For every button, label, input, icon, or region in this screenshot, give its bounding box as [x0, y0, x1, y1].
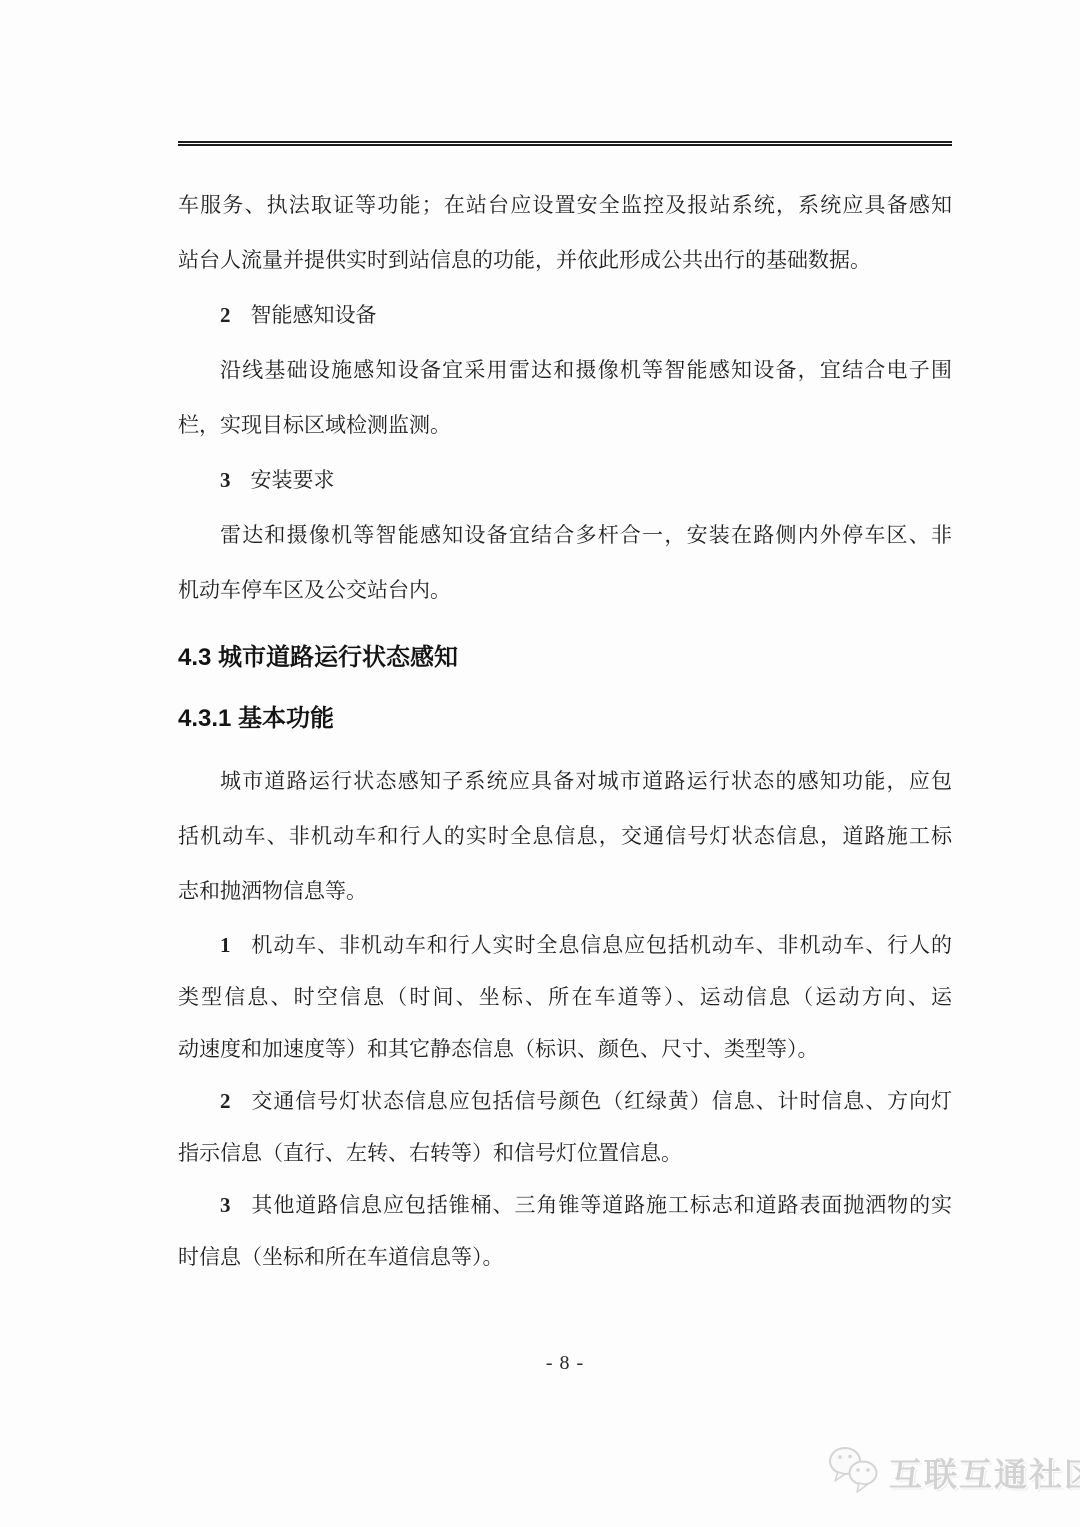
paragraph: 城市道路运行状态感知子系统应具备对城市道路运行状态的感知功能，应包括机动车、非机…: [178, 754, 952, 919]
text-line: 雷达和摄像机等智能感知设备宜结合多杆合一，安装在路侧内外停车区、非: [178, 508, 952, 563]
numbered-heading-text: 智能感知设备: [251, 303, 377, 327]
text-line: 栏，实现目标区域检测监测。: [178, 398, 952, 453]
text-line-content: 机动车、非机动车和行人实时全息信息应包括机动车、非机动车、行人的: [251, 933, 953, 957]
document-page: { "page": { "number_label": "- 8 -" }, "…: [0, 0, 1080, 1527]
paragraph: 车服务、执法取证等功能；在站台应设置安全监控及报站系统，系统应具备感知站台人流量…: [178, 178, 952, 288]
section-heading-text: 4.3.1 基本功能: [178, 691, 952, 746]
text-line: 动速度和加速度等）和其它静态信息（标识、颜色、尺寸、类型等）。: [178, 1023, 952, 1075]
paragraph: 雷达和摄像机等智能感知设备宜结合多杆合一，安装在路侧内外停车区、非机动车停车区及…: [178, 508, 952, 618]
watermark: 互联互通社区: [826, 1444, 1080, 1501]
text-line: 括机动车、非机动车和行人的实时全息信息，交通信号灯状态信息，道路施工标: [178, 809, 952, 864]
item-number: 2: [220, 1089, 231, 1113]
text-line: 1机动车、非机动车和行人实时全息信息应包括机动车、非机动车、行人的: [178, 919, 952, 971]
text-line-content: 其他道路信息应包括锥桶、三角锥等道路施工标志和道路表面抛洒物的实: [251, 1193, 953, 1217]
text-line: 机动车停车区及公交站台内。: [178, 563, 952, 618]
text-line: 车服务、执法取证等功能；在站台应设置安全监控及报站系统，系统应具备感知: [178, 178, 952, 233]
text-line: 指示信息（直行、左转、右转等）和信号灯位置信息。: [178, 1127, 952, 1179]
text-line-content: 交通信号灯状态信息应包括信号颜色（红绿黄）信息、计时信息、方向灯: [251, 1089, 953, 1113]
watermark-text: 互联互通社区: [889, 1449, 1080, 1496]
numbered-paragraph: 3其他道路信息应包括锥桶、三角锥等道路施工标志和道路表面抛洒物的实时信息（坐标和…: [178, 1179, 952, 1283]
section-heading: 4.3 城市道路运行状态感知: [178, 630, 952, 685]
text-line: 站台人流量并提供实时到站信息的功能，并依此形成公共出行的基础数据。: [178, 233, 952, 288]
text-line: 志和抛洒物信息等。: [178, 864, 952, 919]
numbered-paragraph: 2交通信号灯状态信息应包括信号颜色（红绿黄）信息、计时信息、方向灯指示信息（直行…: [178, 1075, 952, 1179]
item-number: 3: [220, 1193, 231, 1217]
item-number: 2: [220, 303, 231, 327]
paragraph: 沿线基础设施感知设备宜采用雷达和摄像机等智能感知设备，宜结合电子围栏，实现目标区…: [178, 343, 952, 453]
page-number: - 8 -: [178, 1348, 952, 1378]
numbered-heading-line: 3安装要求: [178, 453, 952, 508]
numbered-paragraph: 1机动车、非机动车和行人实时全息信息应包括机动车、非机动车、行人的类型信息、时空…: [178, 919, 952, 1075]
numbered-heading-text: 安装要求: [251, 468, 335, 492]
section-heading: 4.3.1 基本功能: [178, 691, 952, 746]
section-heading-text: 4.3 城市道路运行状态感知: [178, 630, 952, 685]
chat-bubbles-icon: [826, 1444, 884, 1501]
text-line: 2交通信号灯状态信息应包括信号颜色（红绿黄）信息、计时信息、方向灯: [178, 1075, 952, 1127]
header-rule: [178, 141, 952, 146]
text-line: 时信息（坐标和所在车道信息等）。: [178, 1231, 952, 1283]
item-number: 1: [220, 933, 231, 957]
document-body: 车服务、执法取证等功能；在站台应设置安全监控及报站系统，系统应具备感知站台人流量…: [178, 178, 952, 1283]
text-line: 3其他道路信息应包括锥桶、三角锥等道路施工标志和道路表面抛洒物的实: [178, 1179, 952, 1231]
text-line: 沿线基础设施感知设备宜采用雷达和摄像机等智能感知设备，宜结合电子围: [178, 343, 952, 398]
numbered-heading-line: 2智能感知设备: [178, 288, 952, 343]
numbered-heading: 3安装要求: [178, 453, 952, 508]
numbered-heading: 2智能感知设备: [178, 288, 952, 343]
text-line: 类型信息、时空信息（时间、坐标、所在车道等）、运动信息（运动方向、运: [178, 971, 952, 1023]
text-line: 城市道路运行状态感知子系统应具备对城市道路运行状态的感知功能，应包: [178, 754, 952, 809]
item-number: 3: [220, 468, 231, 492]
